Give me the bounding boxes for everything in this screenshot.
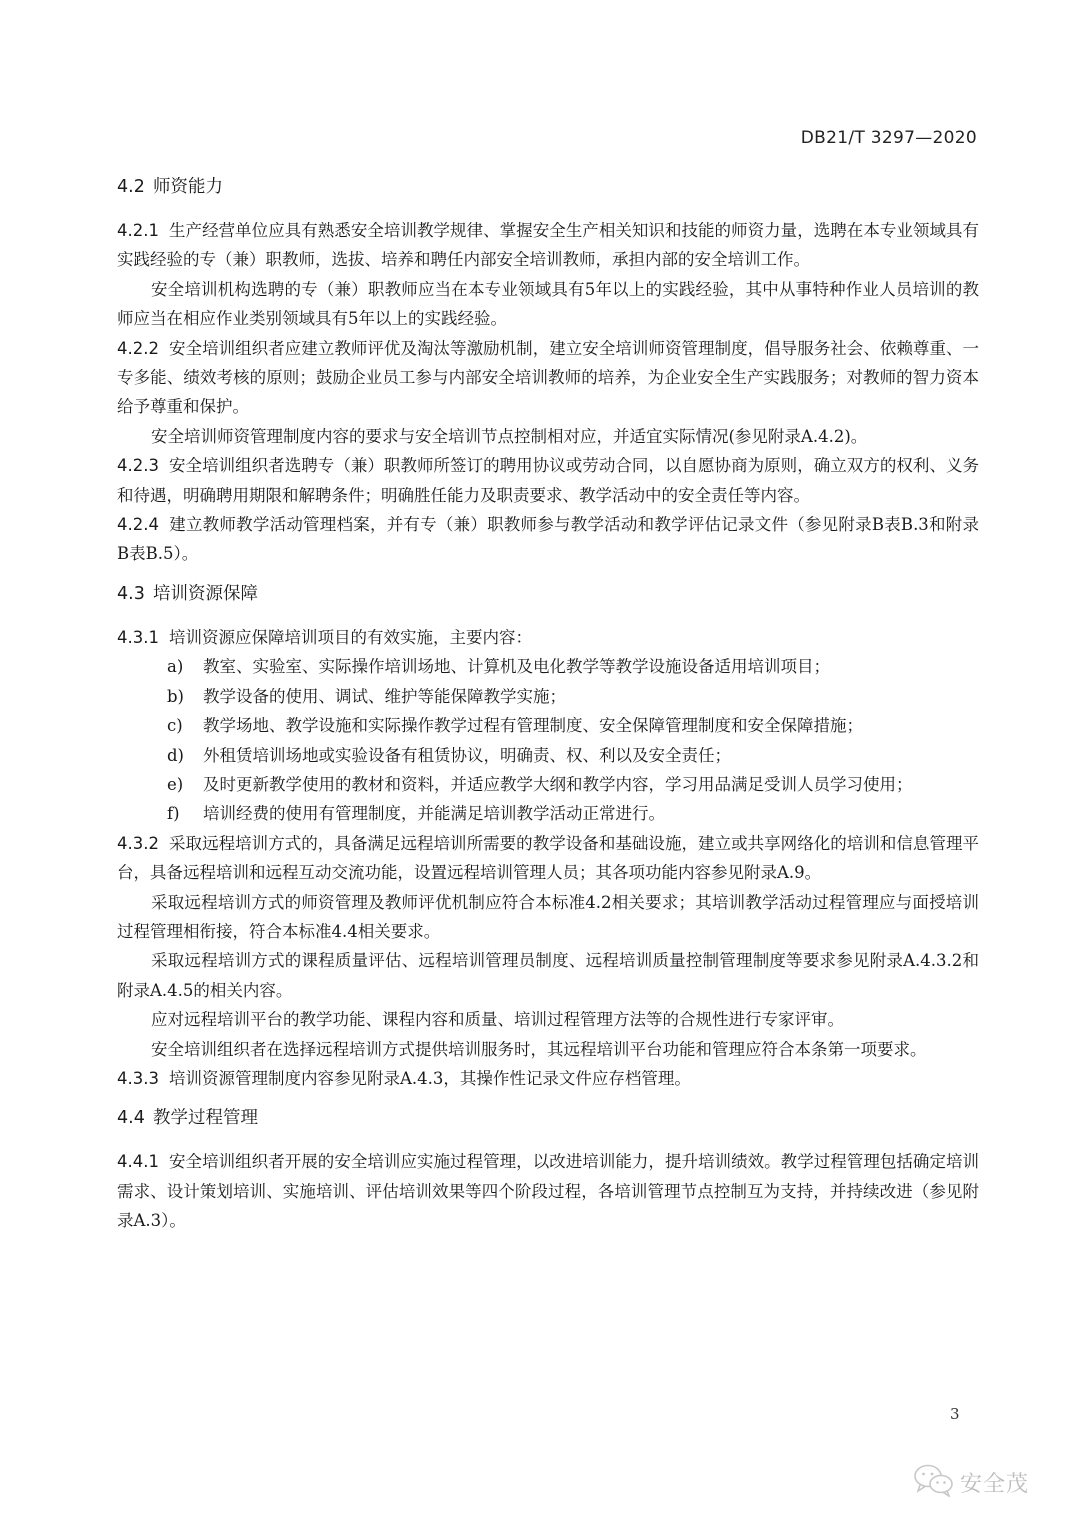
clause-number: 4.3.1 — [117, 623, 165, 652]
watermark-text: 安全茂 — [960, 1467, 1029, 1498]
clause-4-4-1: 4.4.1安全培训组织者开展的安全培训应实施过程管理，以改进培训能力，提升培训绩… — [117, 1147, 979, 1235]
clause-number: 4.2.2 — [117, 334, 165, 363]
paragraph: 安全培训机构选聘的专（兼）职教师应当在本专业领域具有5年以上的实践经验，其中从事… — [117, 275, 979, 334]
page-number: 3 — [950, 1405, 960, 1423]
paragraph: 采取远程培训方式的师资管理及教师评优机制应符合本标准4.2相关要求；其培训教学活… — [117, 888, 979, 947]
list-text: 培训经费的使用有管理制度，并能满足培训教学活动正常进行。 — [203, 804, 665, 823]
list-item: d)外租赁培训场地或实验设备有租赁协议，明确责、权、利以及安全责任； — [117, 741, 979, 770]
clause-text: 安全培训组织者应建立教师评优及淘汰等激励机制，建立安全培训师资管理制度，倡导服务… — [117, 339, 979, 417]
clause-text: 生产经营单位应具有熟悉安全培训教学规律、掌握安全生产相关知识和技能的师资力量，选… — [117, 221, 979, 269]
watermark: 安全茂 — [912, 1463, 1029, 1501]
clause-number: 4.2.4 — [117, 510, 165, 539]
section-number: 4.2 — [117, 172, 153, 202]
paragraph: 安全培训组织者在选择远程培训方式提供培训服务时，其远程培训平台功能和管理应符合本… — [117, 1035, 979, 1064]
list-item: b)教学设备的使用、调试、维护等能保障教学实施； — [117, 682, 979, 711]
paragraph: 安全培训师资管理制度内容的要求与安全培训节点控制相对应，并适宜实际情况(参见附录… — [117, 422, 979, 451]
list-marker: e) — [167, 770, 183, 799]
list-text: 教室、实验室、实际操作培训场地、计算机及电化教学等教学设施设备适用培训项目； — [203, 657, 830, 676]
clause-text: 建立教师教学活动管理档案，并有专（兼）职教师参与教学活动和教学评估记录文件（参见… — [117, 515, 979, 563]
list-marker: c) — [167, 711, 183, 740]
clause-4-2-3: 4.2.3安全培训组织者选聘专（兼）职教师所签订的聘用协议或劳动合同，以自愿协商… — [117, 451, 979, 510]
clause-4-3-3: 4.3.3培训资源管理制度内容参见附录A.4.3，其操作性记录文件应存档管理。 — [117, 1064, 979, 1093]
clause-number: 4.2.3 — [117, 451, 165, 480]
list-item: e)及时更新教学使用的教材和资料，并适应教学大纲和教学内容，学习用品满足受训人员… — [117, 770, 979, 799]
document-page: DB21/T 3297—2020 4.2师资能力 4.2.1生产经营单位应具有熟… — [0, 0, 1080, 1527]
clause-number: 4.3.2 — [117, 829, 165, 858]
wechat-icon — [912, 1463, 956, 1501]
section-number: 4.3 — [117, 579, 153, 609]
clause-4-2-1: 4.2.1生产经营单位应具有熟悉安全培训教学规律、掌握安全生产相关知识和技能的师… — [117, 216, 979, 275]
standard-code: DB21/T 3297—2020 — [801, 128, 977, 148]
section-heading-4-3: 4.3培训资源保障 — [117, 579, 979, 609]
section-number: 4.4 — [117, 1103, 153, 1133]
list-marker: d) — [167, 741, 184, 770]
clause-text: 采取远程培训方式的，具备满足远程培训所需要的教学设备和基础设施，建立或共享网络化… — [117, 834, 979, 882]
clause-4-3-2: 4.3.2采取远程培训方式的，具备满足远程培训所需要的教学设备和基础设施，建立或… — [117, 829, 979, 888]
list-marker: a) — [167, 652, 183, 681]
list-text: 教学场地、教学设施和实际操作教学过程有管理制度、安全保障管理制度和安全保障措施； — [203, 716, 863, 735]
list-marker: b) — [167, 682, 184, 711]
paragraph: 应对远程培训平台的教学功能、课程内容和质量、培训过程管理方法等的合规性进行专家评… — [117, 1005, 979, 1034]
paragraph: 采取远程培训方式的课程质量评估、远程培训管理员制度、远程培训质量控制管理制度等要… — [117, 946, 979, 1005]
section-title: 培训资源保障 — [153, 584, 258, 604]
list-item: c)教学场地、教学设施和实际操作教学过程有管理制度、安全保障管理制度和安全保障措… — [117, 711, 979, 740]
clause-number: 4.4.1 — [117, 1147, 165, 1176]
section-title: 教学过程管理 — [153, 1108, 258, 1128]
clause-4-3-1: 4.3.1培训资源应保障培训项目的有效实施，主要内容： — [117, 623, 979, 652]
clause-4-2-4: 4.2.4建立教师教学活动管理档案，并有专（兼）职教师参与教学活动和教学评估记录… — [117, 510, 979, 569]
list-text: 及时更新教学使用的教材和资料，并适应教学大纲和教学内容，学习用品满足受训人员学习… — [203, 775, 913, 794]
list-text: 教学设备的使用、调试、维护等能保障教学实施； — [203, 687, 566, 706]
list-text: 外租赁培训场地或实验设备有租赁协议，明确责、权、利以及安全责任； — [203, 746, 731, 765]
section-heading-4-4: 4.4教学过程管理 — [117, 1103, 979, 1133]
section-title: 师资能力 — [153, 177, 223, 197]
clause-text: 安全培训组织者开展的安全培训应实施过程管理，以改进培训能力，提升培训绩效。教学过… — [117, 1152, 979, 1230]
clause-text: 安全培训组织者选聘专（兼）职教师所签订的聘用协议或劳动合同，以自愿协商为原则，确… — [117, 456, 979, 504]
list-item: a)教室、实验室、实际操作培训场地、计算机及电化教学等教学设施设备适用培训项目； — [117, 652, 979, 681]
section-heading-4-2: 4.2师资能力 — [117, 172, 979, 202]
document-body: 4.2师资能力 4.2.1生产经营单位应具有熟悉安全培训教学规律、掌握安全生产相… — [117, 172, 979, 1236]
clause-text: 培训资源应保障培训项目的有效实施，主要内容： — [169, 628, 532, 647]
clause-number: 4.3.3 — [117, 1064, 165, 1093]
clause-4-2-2: 4.2.2安全培训组织者应建立教师评优及淘汰等激励机制，建立安全培训师资管理制度… — [117, 334, 979, 422]
clause-number: 4.2.1 — [117, 216, 165, 245]
clause-text: 培训资源管理制度内容参见附录A.4.3，其操作性记录文件应存档管理。 — [169, 1069, 691, 1088]
list-item: f)培训经费的使用有管理制度，并能满足培训教学活动正常进行。 — [117, 799, 979, 828]
list-marker: f) — [167, 799, 180, 828]
